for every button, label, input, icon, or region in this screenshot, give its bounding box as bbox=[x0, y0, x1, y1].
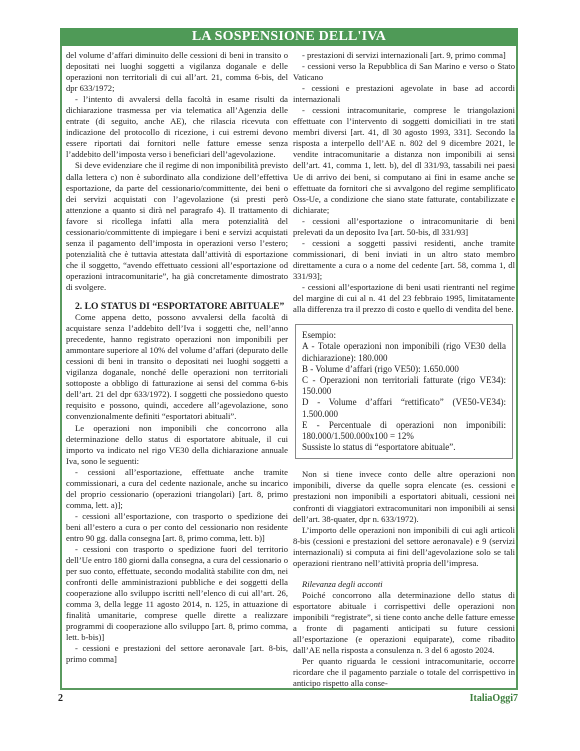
paragraph: Le operazioni non imponibili che concorr… bbox=[66, 423, 288, 467]
paragraph: Si deve evidenziare che il regime di non… bbox=[66, 160, 288, 293]
publication-logo: ItaliaOggi7 bbox=[470, 693, 518, 704]
subheading: Rilevanza degli acconti bbox=[293, 579, 515, 590]
list-item: - cessioni all’esportazione o intracomun… bbox=[293, 216, 515, 238]
example-conclusion: Sussiste lo status di “esportatore abitu… bbox=[302, 442, 506, 453]
list-item: - cessioni all’esportazione, con traspor… bbox=[66, 511, 288, 544]
list-item: - cessioni all’esportazione, effettuate … bbox=[66, 467, 288, 511]
list-item: - cessioni con trasporto o spedizione fu… bbox=[66, 544, 288, 643]
paragraph: Non si tiene invece conto delle altre op… bbox=[293, 469, 515, 524]
example-line: B - Volume d’affari (rigo VE50): 1.650.0… bbox=[302, 364, 506, 375]
paragraph: - l’intento di avvalersi della facoltà i… bbox=[66, 94, 288, 160]
left-column: del volume d’affari diminuito delle cess… bbox=[66, 50, 288, 666]
page-number: 2 bbox=[58, 693, 63, 704]
paragraph: L’importo delle operazioni non imponibil… bbox=[293, 525, 515, 569]
example-title: Esempio: bbox=[302, 330, 506, 341]
list-item: - cessioni all’esportazione di beni usat… bbox=[293, 282, 515, 315]
section-header: LA SOSPENSIONE DELL'IVA bbox=[60, 28, 518, 46]
paragraph: Per quanto riguarda le cessioni intracom… bbox=[293, 656, 515, 689]
right-column: - prestazioni di servizi internazionali … bbox=[293, 50, 515, 689]
section-heading: 2. LO STATUS DI “ESPORTATORE ABITUALE” bbox=[66, 301, 288, 312]
paragraph: Come appena detto, possono avvalersi del… bbox=[66, 312, 288, 422]
example-line: D - Volume d’affari “rettificato” (VE50-… bbox=[302, 397, 506, 419]
list-item: - cessioni intracomunitarie, comprese le… bbox=[293, 105, 515, 215]
paragraph: del volume d’affari diminuito delle cess… bbox=[66, 50, 288, 94]
example-line: A - Totale operazioni non imponibili (ri… bbox=[302, 341, 506, 363]
example-line: C - Operazioni non territoriali fatturat… bbox=[302, 375, 506, 397]
example-box: Esempio: A - Totale operazioni non impon… bbox=[295, 324, 513, 459]
list-item: - cessioni a soggetti passivi residenti,… bbox=[293, 238, 515, 282]
list-item: - cessioni e prestazioni del settore aer… bbox=[66, 643, 288, 665]
example-line: E - Percentuale di operazioni non imponi… bbox=[302, 420, 506, 442]
list-item: - cessioni e prestazioni agevolate in ba… bbox=[293, 83, 515, 105]
list-item: - cessioni verso la Repubblica di San Ma… bbox=[293, 61, 515, 83]
paragraph: Poiché concorrono alla determinazione de… bbox=[293, 590, 515, 656]
list-item: - prestazioni di servizi internazionali … bbox=[293, 50, 515, 61]
